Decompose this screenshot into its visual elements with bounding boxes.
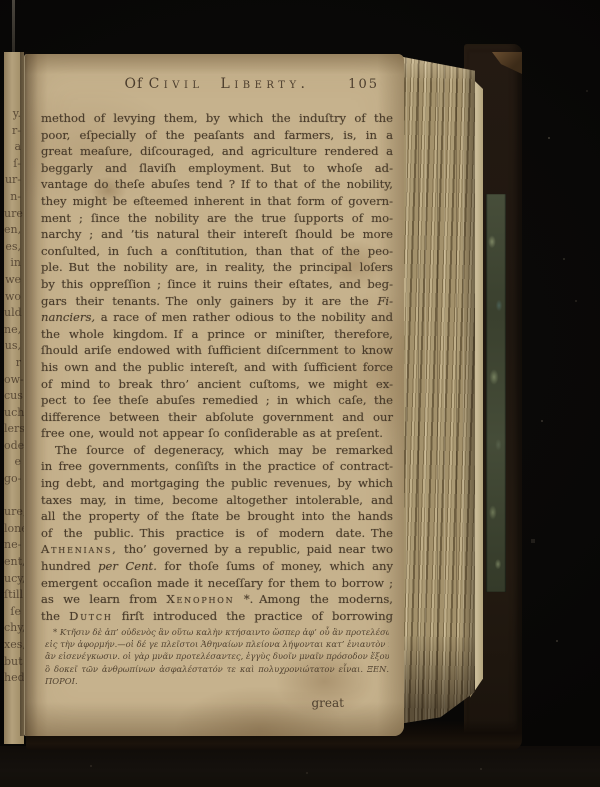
facing-page-text-fragment: chy, [4, 620, 24, 637]
running-header-title: Of Civil Liberty. [41, 76, 393, 92]
text-segment: all the property of the ſtate be brought… [41, 509, 393, 523]
facing-page-text-fragment: es, [4, 239, 24, 256]
text-line: his own and the public intereſt, and wit… [41, 359, 393, 376]
facing-page-text-fragment: us, [4, 338, 24, 355]
footnote-line: ὃ δοκεῖ τῶν ἀνθρωπίνων ἀσφαλέστατόν τε κ… [45, 663, 389, 675]
text-segment: free one, would not appear ſo conſiderab… [41, 426, 383, 440]
text-segment: difference between their abſolute govern… [41, 410, 393, 424]
text-segment: emergent occaſion made it neceſſary for … [41, 576, 393, 590]
facing-page-text-fragment: ſ- [4, 156, 24, 173]
facing-page-text-fragment: ure [4, 206, 24, 223]
text-line: beggarly and ſlaviſh employment. But to … [41, 160, 393, 177]
facing-page-text-fragment: ſe is [4, 604, 24, 621]
text-line: in free governments, conſiſts in the pra… [41, 458, 393, 475]
left-board-edge [12, 0, 15, 56]
text-line: ment ; ſince the nobility are the true ſ… [41, 210, 393, 227]
facing-page-text-fragment: n- [4, 189, 24, 206]
text-segment: nanciers, [41, 310, 95, 324]
text-segment: Xenophon [166, 592, 234, 606]
footnote-line: ἂν εἰσενέγκωσιν. οἱ γὰρ μνᾶν προτελέσαντ… [45, 650, 389, 662]
facing-page-text-fragment: hed [4, 670, 24, 687]
footnote-line: εἰς τὴν ἀφορμήν.—οἱ δέ γε πλεῖστοι Ἀθηνα… [45, 638, 389, 650]
text-line: of mind to break thro’ ancient cuſtoms, … [41, 376, 393, 393]
text-segment: poor, eſpecially of the peaſants and far… [41, 128, 393, 142]
text-segment: Athenians, [41, 542, 118, 556]
text-segment: for thoſe ſums of money, which any [157, 559, 393, 573]
facing-page-text-fragment: en, [4, 222, 24, 239]
text-segment: in free governments, conſiſts in the pra… [41, 459, 393, 473]
facing-page-text-fragment: uch [4, 405, 24, 422]
facing-page-text-fragment: wo [4, 289, 24, 306]
text-line: by this oppreſſion ; ſince it ruins thei… [41, 276, 393, 293]
text-segment: of the public. This practice is of moder… [41, 526, 393, 540]
text-segment: the whole kingdom. If a prince or miniſt… [41, 327, 393, 341]
header-prefix: Of [124, 76, 148, 92]
text-line: ſhould ariſe endowed with ſufficient diſ… [41, 342, 393, 359]
facing-page-text-fragment: ent, [4, 554, 24, 571]
facing-page-text-fragment: uld [4, 305, 24, 322]
text-line: hundred per Cent. for thoſe ſums of mone… [41, 558, 393, 575]
text-line: they might be eſteemed inherent in that … [41, 193, 393, 210]
facing-page-text-fragment: r- [4, 123, 24, 140]
facing-page-text-fragment: lone [4, 521, 24, 538]
text-segment: per Cent. [98, 559, 157, 573]
facing-page-text-fragment: ur- [4, 172, 24, 189]
text-line: nanciers, a race of men rather odious to… [41, 309, 393, 326]
text-segment: a race of men rather odious to the nobil… [95, 310, 393, 324]
facing-page-text-fragment [4, 488, 24, 505]
facing-page-text-fragment: in [4, 255, 24, 272]
footnote-line: * Κτῆσιν δὲ ἀπ’ οὐδενὸς ἂν οὕτω καλὴν κτ… [45, 626, 389, 638]
catchword: great [312, 696, 345, 710]
text-line: taxes may, in time, become altogether in… [41, 492, 393, 509]
fore-edge-page-block [398, 56, 475, 728]
text-line: as we learn from Xenophon *. Among the m… [41, 591, 393, 608]
book-photograph: y.r-aſ-ur-n-ureen,es,inwewouldne,us,r is… [0, 0, 600, 787]
text-segment: tho’ governed by a republic, paid near t… [118, 542, 393, 556]
text-segment: they might be eſteemed inherent in that … [41, 194, 393, 208]
text-line: ple. But the nobility are, in reality, t… [41, 259, 393, 276]
facing-page-text-fragment: ne, [4, 322, 24, 339]
text-line: Athenians, tho’ governed by a republic, … [41, 541, 393, 558]
text-segment: his own and the public intereſt, and wit… [41, 360, 393, 374]
text-line: ing debt, and mortgaging the public reve… [41, 475, 393, 492]
text-segment: conſulted, in ſuch a conſtitution, than … [41, 244, 393, 258]
text-line: conſulted, in ſuch a conſtitution, than … [41, 243, 393, 260]
text-line: The ſource of degeneracy, which may be r… [41, 442, 393, 459]
facing-page-text-fragment: lers [4, 421, 24, 438]
text-line: of the public. This practice is of moder… [41, 525, 393, 542]
footnote-line: ΠΟΡΟΙ. [45, 675, 389, 687]
text-segment: method of levying them, by which the ind… [41, 111, 393, 125]
facing-page-edge: y.r-aſ-ur-n-ureen,es,inwewouldne,us,r is… [4, 52, 24, 744]
greek-footnote: * Κτῆσιν δὲ ἀπ’ οὐδενὸς ἂν οὕτω καλὴν κτ… [45, 626, 389, 687]
text-line: great meaſure, diſcouraged, and agricult… [41, 143, 393, 160]
facing-page-text-fragment: ucy, [4, 571, 24, 588]
text-line: difference between their abſolute govern… [41, 409, 393, 426]
facing-page-text-fragment: ne- [4, 537, 24, 554]
facing-page-text-fragment: cus [4, 388, 24, 405]
table-surface [0, 746, 600, 787]
text-line: the Dutch firſt introduced the practice … [41, 608, 393, 625]
text-segment: ple. But the nobility are, in reality, t… [41, 260, 393, 274]
text-line: pect to ſee theſe abuſes remedied ; in w… [41, 392, 393, 409]
text-line: narchy ; and ’tis natural their intereſt… [41, 226, 393, 243]
text-segment: narchy ; and ’tis natural their intereſt… [41, 227, 393, 241]
facing-page-text-fragment: ure, [4, 504, 24, 521]
facing-page-text-fragment: r is [4, 355, 24, 372]
text-line: all the property of the ſtate be brought… [41, 508, 393, 525]
facing-page-text-fragment: a [4, 139, 24, 156]
text-segment: by this oppreſſion ; ſince it ruins thei… [41, 277, 393, 291]
text-segment: gars their tenants. The only gainers by … [41, 294, 377, 308]
book-page: Of Civil Liberty. 105 method of levying … [24, 54, 404, 736]
text-segment: firſt introduced the practice of borrowi… [113, 609, 393, 623]
text-segment: of mind to break thro’ ancient cuſtoms, … [41, 377, 393, 391]
text-line: vantage do theſe abuſes tend ? If to tha… [41, 176, 393, 193]
facing-page-text-fragment: ode- [4, 438, 24, 455]
text-segment: hundred [41, 559, 98, 573]
facing-page-text-fragment: xes, [4, 637, 24, 654]
body-text: method of levying them, by which the ind… [41, 110, 393, 624]
running-header: Of Civil Liberty. 105 [41, 76, 393, 96]
text-segment: Dutch [69, 609, 112, 623]
text-line: emergent occaſion made it neceſſary for … [41, 575, 393, 592]
facing-page-text-fragment: e to [4, 454, 24, 471]
text-segment: as we learn from [41, 592, 166, 606]
text-segment: *. Among the moderns, [234, 592, 393, 606]
facing-page-text-fragment: go- [4, 471, 24, 488]
text-line: the whole kingdom. If a prince or miniſt… [41, 326, 393, 343]
marbled-board-edge [486, 194, 506, 592]
text-segment: pect to ſee theſe abuſes remedied ; in w… [41, 393, 393, 407]
header-title: Civil Liberty. [149, 76, 310, 92]
facing-page-text-fragment: ow- [4, 372, 24, 389]
text-segment: the [41, 609, 69, 623]
facing-page-text-fragment: y. [4, 106, 24, 123]
text-line: free one, would not appear ſo conſiderab… [41, 425, 393, 442]
dust-specks [0, 0, 2, 2]
facing-page-text-fragment: but [4, 654, 24, 671]
page-number: 105 [348, 77, 379, 92]
text-segment: vantage do theſe abuſes tend ? If to tha… [41, 177, 393, 191]
text-line: gars their tenants. The only gainers by … [41, 293, 393, 310]
facing-page-text-fragment: we [4, 272, 24, 289]
text-segment: ſhould ariſe endowed with ſufficient diſ… [41, 343, 393, 357]
text-segment: The ſource of degeneracy, which may be r… [55, 443, 393, 457]
text-segment: ment ; ſince the nobility are the true ſ… [41, 211, 393, 225]
text-line: method of levying them, by which the ind… [41, 110, 393, 127]
text-segment: great meaſure, diſcouraged, and agricult… [41, 144, 393, 158]
text-segment: ing debt, and mortgaging the public reve… [41, 476, 393, 490]
text-segment: beggarly and ſlaviſh employment. But to … [41, 161, 393, 175]
text-line: poor, eſpecially of the peaſants and far… [41, 127, 393, 144]
text-segment: taxes may, in time, become altogether in… [41, 493, 393, 507]
text-segment: Fi- [377, 294, 393, 308]
facing-page-text-fragment: ſtill [4, 587, 24, 604]
